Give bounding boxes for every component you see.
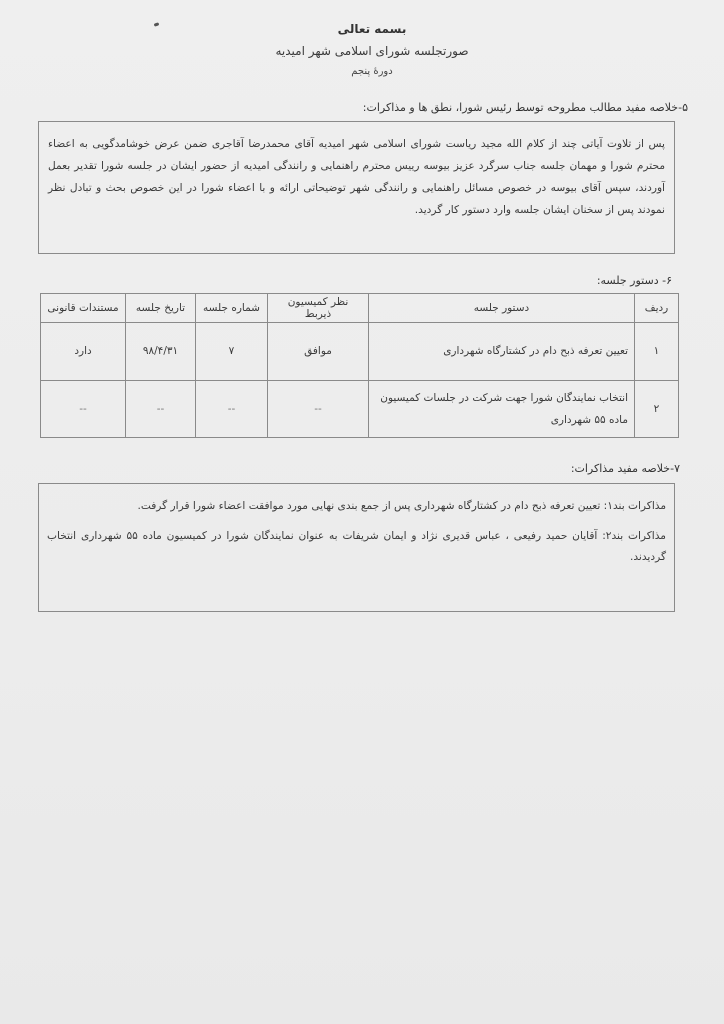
cell-session-number: ۷ [196, 323, 268, 380]
discussion-item-1: مذاکرات بند۱: تعیین تعرفه ذبح دام در کشت… [47, 496, 666, 517]
cell-agenda: انتخاب نمایندگان شورا جهت شرکت در جلسات … [369, 380, 635, 437]
section5-title: ۵-خلاصه مفید مطالب مطروحه توسط رئیس شورا… [363, 101, 688, 114]
cell-legal-documents: -- [41, 380, 126, 437]
header-committee-opinion: نظر کمیسیون ذیربط [268, 294, 369, 323]
cell-row-no: ۱ [635, 323, 679, 380]
section5-body: پس از تلاوت آیاتی چند از کلام الله مجید … [48, 133, 665, 221]
cell-session-date: -- [126, 380, 196, 437]
header-row-no: ردیف [635, 294, 679, 323]
cell-legal-documents: دارد [41, 323, 126, 380]
term-label: دورهٔ پنجم [10, 66, 724, 77]
section7-title: ۷-خلاصه مفید مذاکرات: [571, 462, 680, 475]
header-session-date: تاریخ جلسه [126, 294, 196, 323]
discussion-item-2: مذاکرات بند۲: آقایان حمید رفیعی ، عباس ق… [47, 526, 666, 568]
invocation-heading: بسمه تعالی [10, 22, 724, 36]
header-session-number: شماره جلسه [196, 294, 268, 323]
cell-session-date: ۹۸/۴/۳۱ [126, 323, 196, 380]
table-header-row: ردیف دستور جلسه نظر کمیسیون ذیربط شماره … [41, 294, 679, 323]
table-row: ۲ انتخاب نمایندگان شورا جهت شرکت در جلسا… [41, 380, 679, 437]
section6-title: ۶- دستور جلسه: [597, 274, 672, 287]
table-row: ۱ تعیین تعرفه ذبح دام در کشتارگاه شهردار… [41, 323, 679, 380]
header-legal-documents: مستندات قانونی [41, 294, 126, 323]
cell-row-no: ۲ [635, 380, 679, 437]
cell-session-number: -- [196, 380, 268, 437]
cell-committee-opinion: موافق [268, 323, 369, 380]
document-page: بسمه تعالی صورتجلسه شورای اسلامی شهر امی… [0, 0, 724, 1024]
header-agenda: دستور جلسه [369, 294, 635, 323]
section5-box: پس از تلاوت آیاتی چند از کلام الله مجید … [38, 121, 675, 254]
section7-box: مذاکرات بند۱: تعیین تعرفه ذبح دام در کشت… [38, 483, 675, 612]
cell-agenda: تعیین تعرفه ذبح دام در کشتارگاه شهرداری [369, 323, 635, 380]
agenda-table: ردیف دستور جلسه نظر کمیسیون ذیربط شماره … [40, 293, 679, 438]
cell-committee-opinion: -- [268, 380, 369, 437]
document-title: صورتجلسه شورای اسلامی شهر امیدیه [10, 44, 724, 58]
